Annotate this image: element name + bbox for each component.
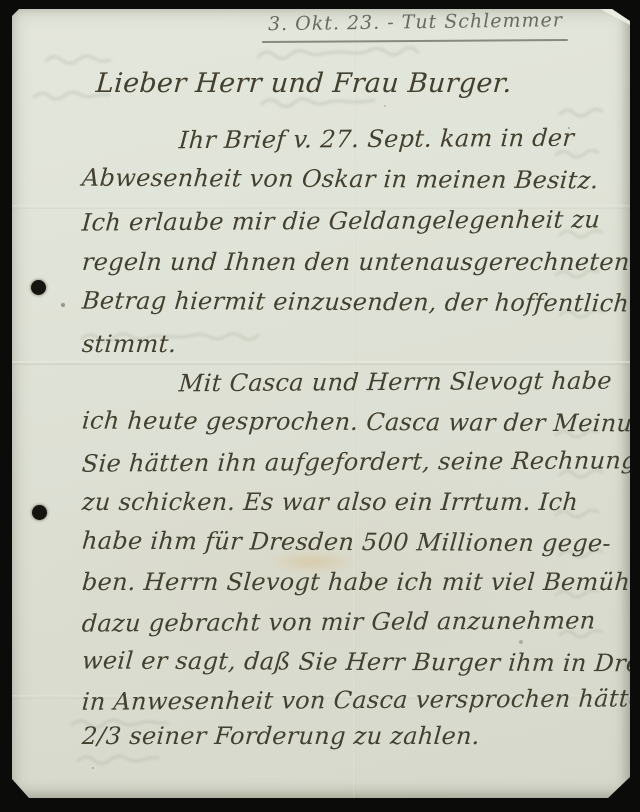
letter-line: ben. Herrn Slevogt habe ich mit viel Bem…	[81, 568, 640, 596]
letter-line: Abwesenheit von Oskar in meinen Besitz.	[81, 164, 600, 195]
letter-line: ich heute gesprochen. Casca war der Mein…	[81, 406, 640, 437]
letter-line: weil er sagt, daß Sie Herr Burger ihm in…	[81, 646, 640, 677]
letter-line: Ihr Brief v. 27. Sept. kam in der	[178, 124, 575, 154]
letter-body: Lieber Herr und Frau Burger.Ihr Brief v.…	[82, 9, 622, 798]
scanned-letter-frame: 3. Okt. 23. - Tut Schlemmer Lieber Herr …	[0, 0, 640, 812]
punch-hole	[31, 280, 46, 295]
letter-line: Mit Casca und Herrn Slevogt habe	[178, 367, 613, 398]
letter-line: Ich erlaube mir die Geldangelegenheit zu	[81, 205, 601, 236]
letter-line: regeln und Ihnen den untenausgerechneten	[81, 248, 631, 276]
letter-line: stimmt.	[81, 330, 177, 358]
letter-line: in Anwesenheit von Casca versprochen hät…	[81, 684, 640, 716]
letter-line: 2/3 seiner Forderung zu zahlen.	[81, 722, 481, 750]
letter-line: dazu gebracht von mir Geld anzunehmen	[81, 606, 596, 637]
letter-line: habe ihm für Dresden 500 Millionen gege-	[81, 527, 612, 558]
letter-salutation: Lieber Herr und Frau Burger.	[95, 68, 513, 99]
letter-line: Betrag hiermit einzusenden, der hoffentl…	[81, 287, 630, 318]
letter-line: zu schicken. Es war also ein Irrtum. Ich	[81, 488, 579, 516]
punch-hole	[32, 505, 47, 520]
letter-line: Sie hätten ihn aufgefordert, seine Rechn…	[81, 446, 638, 477]
letter-paper: 3. Okt. 23. - Tut Schlemmer Lieber Herr …	[12, 9, 630, 798]
